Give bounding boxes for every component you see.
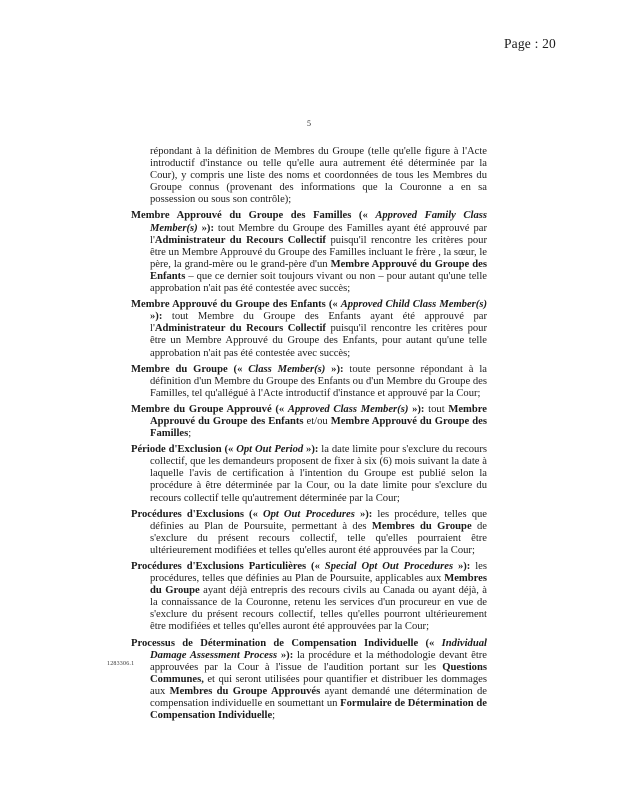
inner-page-number: 5 xyxy=(131,119,487,128)
text-run: Membre Approuvé du Groupe des Enfants (« xyxy=(131,299,341,310)
paragraph: Procédures d'Exclusions (« Opt Out Proce… xyxy=(131,509,487,557)
text-run: Période d'Exclusion (« xyxy=(131,444,236,455)
text-run: et/ou xyxy=(304,416,331,427)
text-run: répondant à la définition de Membres du … xyxy=(150,146,487,205)
paragraph: Période d'Exclusion (« Opt Out Period »)… xyxy=(131,444,487,504)
text-run: Membres du Groupe xyxy=(372,521,472,532)
text-run: Approved Class Member(s) xyxy=(288,404,408,415)
paragraph: Procédures d'Exclusions Particulières («… xyxy=(131,561,487,634)
text-run: »): xyxy=(453,561,470,572)
text-run: – que ce dernier soit toujours vivant ou… xyxy=(150,271,487,294)
paragraph: Membre du Groupe (« Class Member(s) »): … xyxy=(131,364,487,400)
text-run: »): xyxy=(408,404,424,415)
paragraph: répondant à la définition de Membres du … xyxy=(131,146,487,206)
paragraph: Processus de Détermination de Compensati… xyxy=(131,638,487,723)
text-run: Administrateur du Recours Collectif xyxy=(155,323,326,334)
text-run: Procédures d'Exclusions Particulières (« xyxy=(131,561,325,572)
text-run: Membre Approuvé du Groupe des Familles (… xyxy=(131,210,375,221)
paragraph: Membre du Groupe Approuvé (« Approved Cl… xyxy=(131,404,487,440)
text-run: tout xyxy=(424,404,448,415)
text-run: »): xyxy=(303,444,318,455)
text-run: »): xyxy=(150,311,162,322)
text-run: Opt Out Procedures xyxy=(263,509,355,520)
text-run: Opt Out Period xyxy=(236,444,303,455)
text-run: ayant déjà entrepris des recours civils … xyxy=(150,585,487,632)
text-run: Membres du Groupe Approuvés xyxy=(170,686,321,697)
footer-doc-number: 1283306.1 xyxy=(107,661,134,667)
document-page: Page : 20 5 répondant à la définition de… xyxy=(0,0,623,807)
text-run: »): xyxy=(198,223,214,234)
text-run: ; xyxy=(272,710,275,721)
text-run: Class Member(s) xyxy=(248,364,325,375)
text-run: Processus de Détermination de Compensati… xyxy=(131,638,442,649)
text-run: »): xyxy=(277,650,293,661)
text-run: Membre du Groupe (« xyxy=(131,364,248,375)
document-body: répondant à la définition de Membres du … xyxy=(131,146,487,726)
text-run: Special Opt Out Procedures xyxy=(325,561,453,572)
paragraph: Membre Approuvé du Groupe des Familles (… xyxy=(131,210,487,295)
text-run: Procédures d'Exclusions (« xyxy=(131,509,263,520)
text-run: Approved Child Class Member(s) xyxy=(341,299,487,310)
text-run: »): xyxy=(355,509,372,520)
text-run: »): xyxy=(325,364,343,375)
paragraph: Membre Approuvé du Groupe des Enfants («… xyxy=(131,299,487,359)
header-page-label: Page : 20 xyxy=(504,36,556,52)
text-run: Membre du Groupe Approuvé (« xyxy=(131,404,288,415)
text-run: Administrateur du Recours Collectif xyxy=(155,235,326,246)
text-run: ; xyxy=(188,428,191,439)
